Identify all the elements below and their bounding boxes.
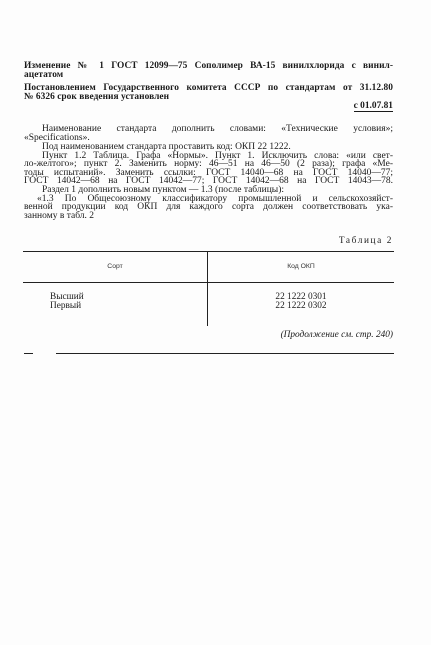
body-line-1: Наименование стандарта дополнить словами… [42, 124, 393, 134]
table-row-2-code: 22 1222 0302 [208, 301, 394, 311]
table-header-grade: Сорт [23, 263, 207, 270]
amendment-title-line-1: Изменение № 1 ГОСТ 12099—75 Сополимер ВА… [24, 61, 393, 71]
table-caption: Таблица 2 [339, 236, 393, 246]
footer-rule [56, 353, 394, 354]
body-line-11: занному в табл. 2 [24, 211, 94, 221]
table-header-okp-code: Код ОКП [208, 263, 394, 270]
document-page: Изменение № 1 ГОСТ 12099—75 Сополимер ВА… [0, 0, 431, 645]
effective-date: с 01.07.81 [354, 101, 393, 112]
amendment-title-line-2: ацетатом [24, 70, 63, 80]
table-top-rule [23, 251, 394, 252]
table-header-rule [23, 282, 394, 283]
decree-line-2: № 6326 срок введения установлен [24, 92, 169, 102]
table-row-2-grade: Первый [50, 301, 81, 311]
continuation-note: (Продолжение см. стр. 240) [281, 330, 393, 340]
footer-short-dash [24, 353, 33, 354]
